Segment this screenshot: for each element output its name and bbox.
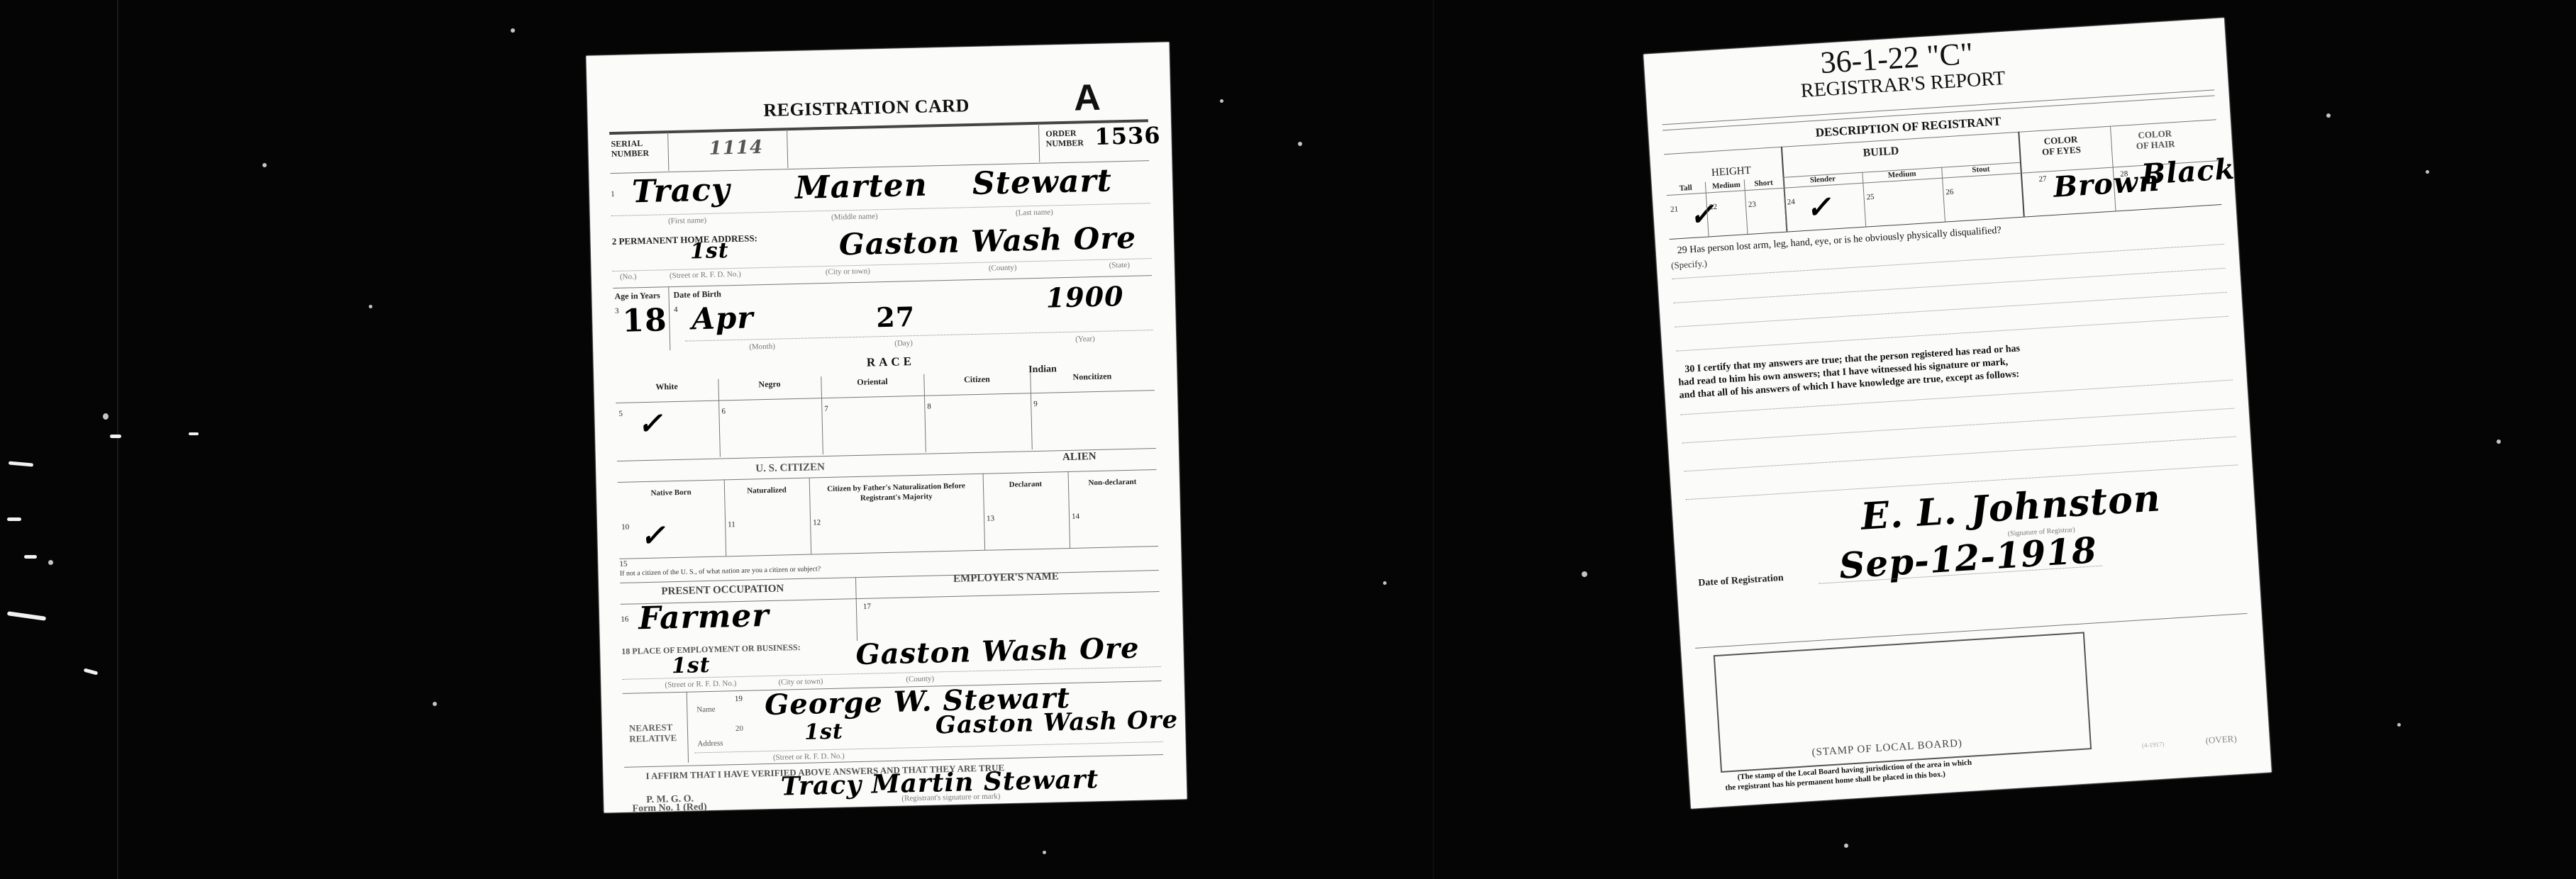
over-label: (OVER) <box>2205 733 2237 746</box>
film-speck <box>2426 170 2429 174</box>
field-number: 23 <box>1748 200 1757 209</box>
film-speck <box>1298 142 1302 146</box>
divider <box>855 577 857 641</box>
home-address-rfd: 1st <box>690 238 729 264</box>
film-speck <box>1844 844 1848 848</box>
film-speck <box>103 413 109 420</box>
field-number: 19 <box>735 695 743 703</box>
film-speck <box>2497 439 2501 444</box>
age-value: 18 <box>622 302 667 339</box>
film-speck <box>1220 99 1223 103</box>
field-number: 27 <box>2038 174 2047 184</box>
citizen-column-label: Non-declarant <box>1075 476 1150 488</box>
field-number: 24 <box>1787 198 1795 207</box>
build-heading: BUILD <box>1862 145 1899 159</box>
film-speck <box>7 611 46 621</box>
address-caption-street: (Street or R. F. D. No.) <box>665 679 736 689</box>
nearest-relative-label: NEAREST RELATIVE <box>629 722 677 744</box>
film-speck <box>110 435 121 438</box>
description-checkmark: ✓ <box>1688 196 1716 233</box>
address-caption-street: (Street or R. F. D. No.) <box>773 752 845 762</box>
film-speck <box>7 517 21 521</box>
film-speck <box>2326 113 2331 118</box>
divider <box>1783 177 1787 232</box>
dob-day: 27 <box>876 301 916 333</box>
field-number: 5 <box>618 410 623 418</box>
divider <box>687 692 689 763</box>
card-title: REGISTRATION CARD <box>763 95 970 121</box>
order-number-label: ORDER NUMBER <box>1045 128 1084 148</box>
divider <box>1941 167 1945 222</box>
eyes-heading-line2: OF EYES <box>2042 144 2082 157</box>
dob-month-caption: (Month) <box>749 342 775 352</box>
print-code: (4-1917) <box>2142 741 2165 749</box>
divider <box>1030 371 1033 449</box>
card-letter: A <box>1073 77 1101 120</box>
serial-number-label: SERIAL NUMBER <box>611 138 649 159</box>
field-number: 4 <box>674 306 678 314</box>
us-citizen-heading: U. S. CITIZEN <box>755 461 825 475</box>
divider <box>724 479 727 556</box>
name-first-caption: (First name) <box>668 216 706 225</box>
address-caption-county: (County) <box>906 675 934 684</box>
divider <box>983 474 986 550</box>
order-label-line1: ORDER <box>1045 128 1084 138</box>
relative-address-value: Gaston Wash Ore <box>935 705 1178 739</box>
description-checkmark: ✓ <box>1805 189 1833 225</box>
relative-name-label: Name <box>696 705 716 715</box>
divider <box>1862 172 1866 227</box>
field-number: 17 <box>863 603 871 611</box>
address-caption-county: (County) <box>989 264 1017 273</box>
description-column-label: Tall <box>1673 182 1699 194</box>
divider <box>1038 123 1040 162</box>
hair-heading: COLOR OF HAIR <box>2135 128 2175 151</box>
address-caption-street: (Street or R. F. D. No.) <box>670 270 741 280</box>
field-number: 20 <box>735 724 743 733</box>
film-scratch-line <box>1433 0 1434 879</box>
citizen-column-label: Native Born <box>625 487 717 499</box>
employment-place-value: Gaston Wash Ore <box>855 632 1140 671</box>
employment-place-rfd: 1st <box>671 653 710 678</box>
nearest-label-line2: RELATIVE <box>629 732 677 744</box>
field29-question: 29 Has person lost arm, leg, hand, eye, … <box>1677 225 2002 257</box>
field-number: 15 <box>619 560 627 569</box>
film-scratch-line <box>117 0 118 879</box>
serial-number-value: 1114 <box>709 137 763 159</box>
divider <box>1068 471 1071 548</box>
divider <box>809 478 812 554</box>
field-number: 6 <box>721 407 726 415</box>
film-speck <box>262 163 267 167</box>
order-number-value: 1536 <box>1094 122 1161 150</box>
field-number: 11 <box>728 520 735 529</box>
film-speck <box>2397 723 2401 727</box>
film-speck <box>84 668 99 675</box>
dob-label: Date of Birth <box>673 289 721 301</box>
eyes-heading: COLOR OF EYES <box>2041 133 2082 157</box>
height-heading: HEIGHT <box>1711 165 1752 179</box>
divider <box>668 286 670 350</box>
description-column-label: Short <box>1751 177 1777 189</box>
alien-heading: ALIEN <box>1062 451 1097 464</box>
serial-label-line1: SERIAL <box>611 138 649 149</box>
field-number: 1 <box>611 190 615 198</box>
name-middle-caption: (Middle name) <box>831 212 878 222</box>
field-number: 3 <box>615 307 619 315</box>
film-speck <box>48 560 53 565</box>
field-number: 9 <box>1033 400 1038 408</box>
field-number: 16 <box>621 615 628 624</box>
rule <box>619 546 1158 559</box>
date-label: Date of Registration <box>1698 573 1784 590</box>
occupation-heading: PRESENT OCCUPATION <box>661 583 784 598</box>
citizen-column-label: Citizen by Father's Naturalization Befor… <box>816 481 977 504</box>
film-speck <box>1383 581 1387 585</box>
citizen-column-label: Naturalized <box>731 485 802 496</box>
field29-specify: (Specify.) <box>1671 258 1708 271</box>
field-number: 14 <box>1072 513 1079 521</box>
race-table: White5✓Negro6Oriental7Citizen8Noncitizen… <box>587 42 1170 55</box>
description-column-label: Medium <box>1712 180 1738 191</box>
race-column-label: Oriental <box>828 376 916 388</box>
dob-year-caption: (Year) <box>1075 335 1095 344</box>
signature-caption: (Registrant's signature or mark) <box>901 792 1000 802</box>
film-speck <box>9 461 33 466</box>
film-speck <box>433 702 437 706</box>
nearest-label-line1: NEAREST <box>629 722 677 734</box>
citizen-table: Native Born10✓Naturalized11Citizen by Fa… <box>587 42 1170 55</box>
field-number: 8 <box>927 403 931 411</box>
employment-place-label: 18 PLACE OF EMPLOYMENT OR BUSINESS: <box>621 642 801 657</box>
race-column-label: Citizen <box>931 373 1023 385</box>
field-number: 12 <box>813 518 821 527</box>
divider <box>667 132 669 171</box>
divider <box>1744 179 1748 234</box>
dob-year: 1900 <box>1045 280 1124 314</box>
registrars-report-back: 36-1-22 "C" REGISTRAR'S REPORT DESCRIPTI… <box>1643 18 2271 808</box>
film-speck <box>189 432 199 435</box>
address-caption-no: (No.) <box>620 272 637 281</box>
form-id-line2: Form No. 1 (Red) <box>632 802 706 812</box>
registration-card-front: REGISTRATION CARD A SERIAL NUMBER 1114 O… <box>587 42 1187 812</box>
occupation-value: Farmer <box>638 598 770 637</box>
home-address-place: Gaston Wash Ore <box>838 220 1136 262</box>
film-speck <box>1582 571 1587 577</box>
employer-heading: EMPLOYER'S NAME <box>953 571 1059 586</box>
citizen-checkmark: ✓ <box>640 517 666 553</box>
citizen-column-label: Declarant <box>990 478 1061 490</box>
field-number: 7 <box>824 405 828 413</box>
age-label: Age in Years <box>614 290 660 302</box>
address-caption-city: (City or town) <box>778 677 823 686</box>
divider <box>821 376 823 454</box>
field-number: 13 <box>987 514 994 522</box>
film-speck <box>511 28 515 33</box>
dob-day-caption: (Day) <box>894 339 913 348</box>
race-column-label: Negro <box>725 378 814 390</box>
divider <box>923 374 926 452</box>
name-middle: Marten <box>794 167 928 206</box>
divider <box>2018 132 2025 217</box>
rule <box>695 741 1163 754</box>
field-number: 22 <box>1709 203 1718 212</box>
relative-address-label: Address <box>697 739 723 749</box>
race-column-label: White <box>622 381 711 393</box>
home-address-label: 2 PERMANENT HOME ADDRESS: <box>612 233 758 247</box>
address-caption-state: (State) <box>1109 261 1131 270</box>
race-column-label: Noncitizen <box>1037 370 1147 383</box>
order-label-line2: NUMBER <box>1045 138 1084 148</box>
address-caption-city: (City or town) <box>826 267 870 276</box>
race-checkmark: ✓ <box>637 405 663 441</box>
relative-address-rfd: 1st <box>804 720 843 745</box>
film-speck <box>24 555 37 559</box>
name-last: Stewart <box>972 162 1112 202</box>
name-first: Tracy <box>631 172 731 210</box>
divider <box>718 379 721 457</box>
race-heading: RACE <box>867 354 916 370</box>
rule <box>1684 436 2236 471</box>
divider <box>787 129 788 168</box>
film-speck <box>1043 851 1046 854</box>
field-number: 26 <box>1945 188 1954 197</box>
field-number: 10 <box>621 523 629 532</box>
hair-value: Black <box>2141 152 2236 191</box>
field-number: 25 <box>1866 193 1875 202</box>
field-number: 21 <box>1670 205 1679 214</box>
serial-label-line2: NUMBER <box>611 148 650 159</box>
hair-heading-line2: OF HAIR <box>2136 138 2175 151</box>
rule <box>1682 408 2235 443</box>
field15-question: If not a citizen of the U. S., of what n… <box>620 565 821 578</box>
field-number: 28 <box>2120 169 2128 179</box>
name-last-caption: (Last name) <box>1016 208 1053 217</box>
film-speck <box>369 305 372 308</box>
rule <box>616 390 1155 403</box>
dob-month: Apr <box>692 300 754 336</box>
